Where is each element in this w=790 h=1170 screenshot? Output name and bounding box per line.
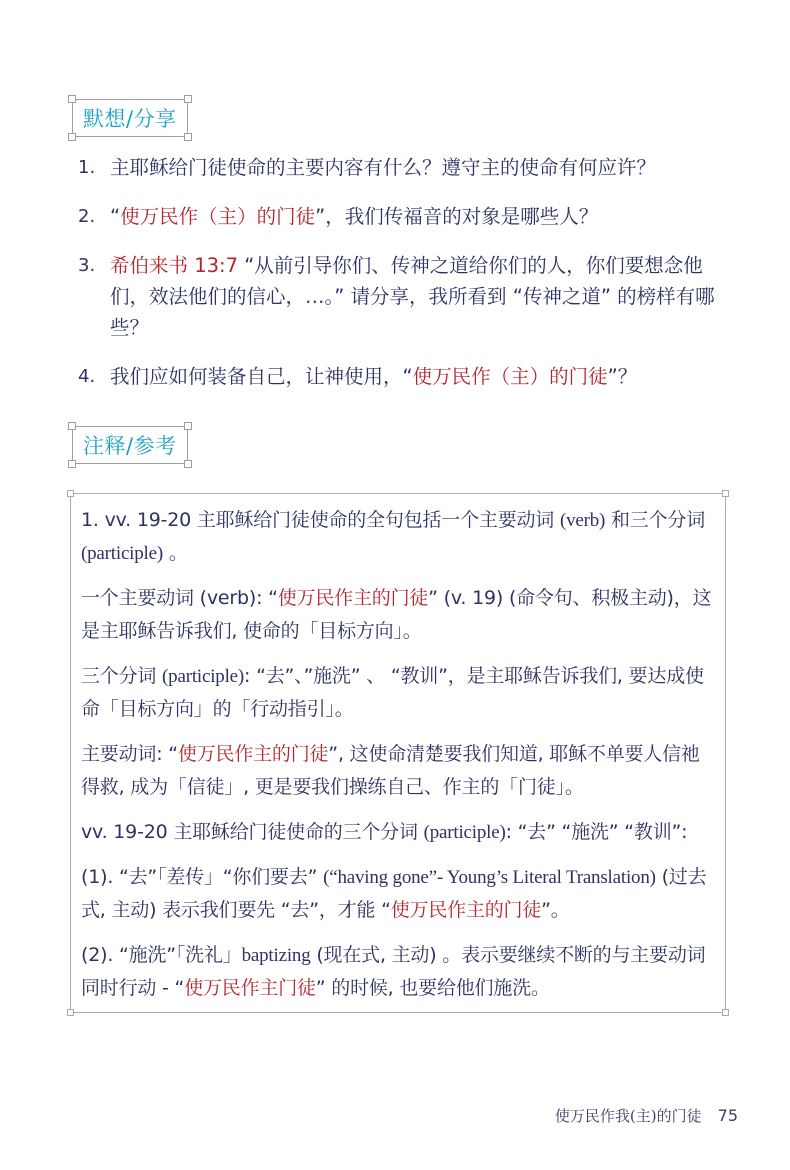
text-run: 。	[163, 542, 188, 564]
text-run: vv. 19-20 主耶稣给门徒使命的三个分词	[81, 821, 424, 843]
text-run: ” 的时候, 也要给他们施洗。	[316, 977, 550, 999]
note-paragraph: 三个分词 (participle): “去”、”施洗” 、 “教训”，是主耶稣告…	[81, 660, 715, 726]
frame-corner	[184, 460, 192, 468]
text-run: ”。	[541, 899, 569, 921]
note-paragraph: 一个主要动词 (verb): “使万民作主的门徒” (v. 19) (命令句、积…	[81, 582, 715, 648]
text-run: 三个分词	[81, 665, 162, 687]
page-number: 75	[718, 1106, 738, 1125]
text-run: (verb)	[560, 510, 605, 531]
frame-corner	[184, 95, 192, 103]
text-run: baptizing	[242, 945, 311, 966]
text-run: ”，我们传福音的对象是哪些人？	[315, 205, 598, 228]
question-number: 2.	[78, 201, 110, 232]
highlight-text: 使万民作主门徒	[184, 977, 316, 999]
section-title-label: 默想/分享	[83, 103, 177, 133]
note-paragraph: 主要动词: “使万民作主的门徒”, 这使命清楚要我们知道, 耶稣不单要人信祂得救…	[81, 738, 715, 804]
frame-corner	[68, 422, 76, 430]
section-title-label: 注释/参考	[83, 430, 177, 460]
question-number: 1.	[78, 152, 110, 183]
note-paragraph: (2). “施洗”「洗礼」baptizing (现在式, 主动) 。表示要继续不…	[81, 939, 715, 1005]
highlight-text: 使万民作（主）的门徒	[413, 365, 608, 388]
text-run: “	[110, 205, 120, 228]
question-item: 4.我们应如何装备自己，让神使用，“使万民作（主）的门徒”？	[78, 361, 728, 392]
frame-corner	[68, 133, 76, 141]
highlight-text: 希伯来书 13:7	[110, 254, 238, 277]
text-run: 一个主要动词 (verb): “	[81, 587, 278, 609]
note-paragraph: (1). “去”「差传」“你们要去” (“having gone”- Young…	[81, 861, 715, 927]
highlight-text: 使万民作主的门徒	[391, 899, 541, 921]
frame-corner	[68, 95, 76, 103]
text-run: (participle)	[162, 666, 244, 687]
text-run: (“having gone”- Young’s Literal Translat…	[323, 867, 656, 888]
note-paragraph: 1. vv. 19-20 主耶稣给门徒使命的全句包括一个主要动词 (verb) …	[81, 504, 715, 570]
frame-corner	[68, 460, 76, 468]
text-run: ”？	[608, 365, 638, 388]
page-footer: 使万民作我(主)的门徒 75	[555, 1105, 738, 1126]
frame-corner	[67, 490, 74, 497]
question-item: 2.“使万民作（主）的门徒”，我们传福音的对象是哪些人？	[78, 201, 728, 232]
question-item: 3.希伯来书 13:7 “从前引导你们、传神之道给你们的人，你们要想念他们，效法…	[78, 250, 728, 343]
question-number: 4.	[78, 361, 110, 392]
text-run: (2). “施洗”「洗礼」	[81, 944, 242, 966]
question-text: 我们应如何装备自己，让神使用，“使万民作（主）的门徒”？	[110, 361, 728, 392]
text-run: 主要动词: “	[81, 743, 178, 765]
highlight-text: 使万民作（主）的门徒	[120, 205, 315, 228]
question-text: “使万民作（主）的门徒”，我们传福音的对象是哪些人？	[110, 201, 728, 232]
frame-corner	[184, 422, 192, 430]
section-title-notes: 注释/参考	[72, 426, 188, 464]
section-title-share: 默想/分享	[72, 99, 188, 137]
text-run: : “去” “施洗” “教训”:	[506, 821, 688, 843]
question-text: 主耶稣给门徒使命的主要内容有什么？遵守主的使命有何应许？	[110, 152, 728, 183]
question-number: 3.	[78, 250, 110, 343]
frame-corner	[67, 1009, 74, 1016]
text-run: (participle)	[424, 822, 506, 843]
question-text: 希伯来书 13:7 “从前引导你们、传神之道给你们的人，你们要想念他们，效法他们…	[110, 250, 728, 343]
text-run: 我们应如何装备自己，让神使用，“	[110, 365, 413, 388]
notes-box: 1. vv. 19-20 主耶稣给门徒使命的全句包括一个主要动词 (verb) …	[70, 493, 726, 1013]
question-list: 1.主耶稣给门徒使命的主要内容有什么？遵守主的使命有何应许？2.“使万民作（主）…	[78, 152, 728, 410]
note-paragraph: vv. 19-20 主耶稣给门徒使命的三个分词 (participle): “去…	[81, 816, 715, 849]
text-run: (participle)	[81, 543, 163, 564]
text-run: 主耶稣给门徒使命的主要内容有什么？遵守主的使命有何应许？	[110, 156, 656, 179]
question-item: 1.主耶稣给门徒使命的主要内容有什么？遵守主的使命有何应许？	[78, 152, 728, 183]
highlight-text: 使万民作主的门徒	[278, 587, 428, 609]
frame-corner	[722, 490, 729, 497]
text-run: 和三个分词	[605, 509, 705, 531]
frame-corner	[722, 1009, 729, 1016]
highlight-text: 使万民作主的门徒	[178, 743, 328, 765]
frame-corner	[184, 133, 192, 141]
text-run: (1). “去”「差传」“你们要去”	[81, 866, 323, 888]
footer-book-title: 使万民作我(主)的门徒	[555, 1105, 702, 1126]
text-run: 1. vv. 19-20 主耶稣给门徒使命的全句包括一个主要动词	[81, 509, 560, 531]
